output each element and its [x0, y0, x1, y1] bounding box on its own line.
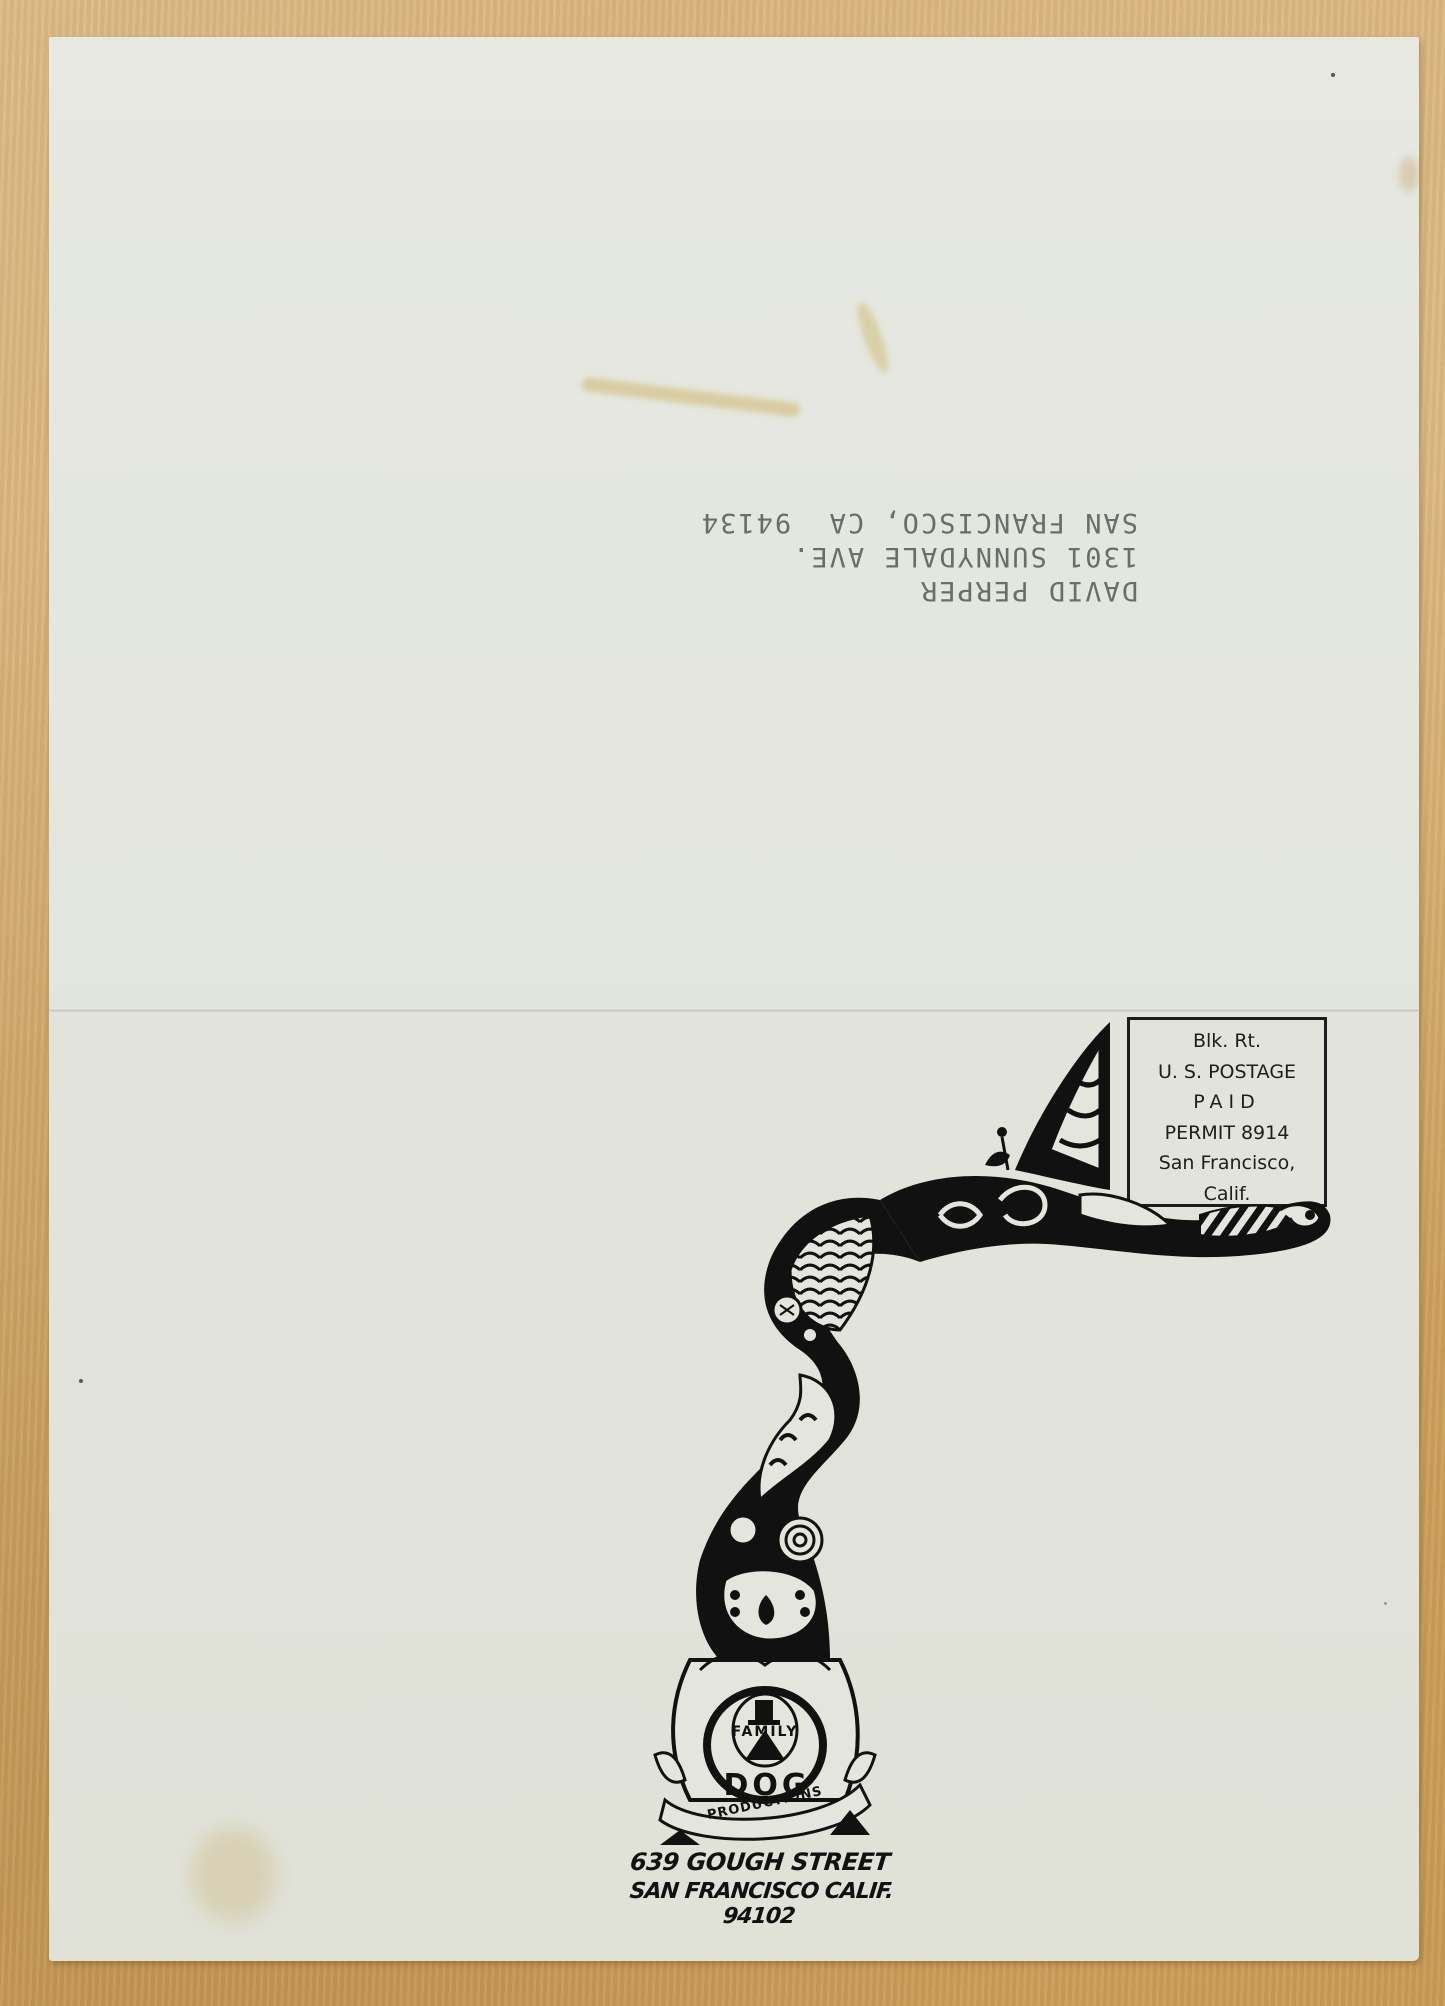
logo-family-text: FAMILY	[700, 1724, 830, 1740]
sender-city: SAN FRANCISCO CALIF. 94102	[622, 1879, 897, 1929]
sender-street: 639 GOUGH STREET	[629, 1848, 892, 1876]
psychedelic-ribbon-illustration-icon	[0, 0, 1445, 2006]
